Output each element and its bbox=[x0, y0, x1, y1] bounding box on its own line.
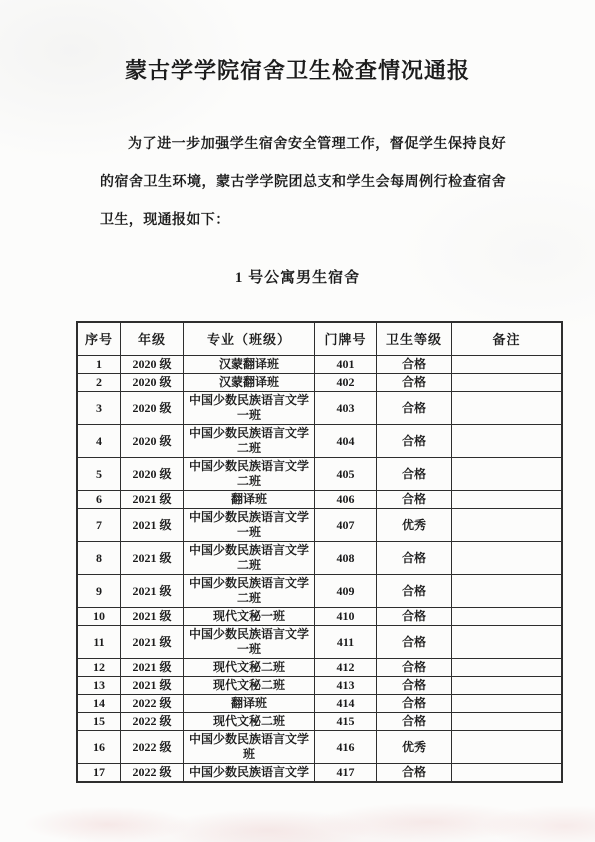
cell-hygiene-rating: 合格 bbox=[377, 491, 452, 509]
cell-grade: 2022 级 bbox=[121, 731, 184, 764]
cell-major-class: 中国少数民族语言文学二班 bbox=[184, 575, 315, 608]
cell-major-class: 中国少数民族语言文学一班 bbox=[184, 626, 315, 659]
cell-grade: 2022 级 bbox=[121, 713, 184, 731]
cell-grade: 2021 级 bbox=[121, 626, 184, 659]
document-title: 蒙古学学院宿舍卫生检查情况通报 bbox=[0, 0, 595, 86]
cell-room-number: 405 bbox=[315, 458, 377, 491]
cell-room-number: 401 bbox=[315, 356, 377, 374]
table-row: 72021 级中国少数民族语言文学一班407优秀 bbox=[77, 509, 562, 542]
cell-hygiene-rating: 合格 bbox=[377, 626, 452, 659]
cell-remarks bbox=[452, 542, 563, 575]
table-header-row: 序号年级专业（班级）门牌号卫生等级备注 bbox=[77, 322, 562, 356]
cell-remarks bbox=[452, 458, 563, 491]
cell-hygiene-rating: 合格 bbox=[377, 425, 452, 458]
table-header-cell-remarks: 备注 bbox=[452, 322, 563, 356]
cell-serial: 8 bbox=[77, 542, 121, 575]
cell-grade: 2021 级 bbox=[121, 542, 184, 575]
cell-serial: 3 bbox=[77, 392, 121, 425]
table-row: 32020 级中国少数民族语言文学一班403合格 bbox=[77, 392, 562, 425]
cell-major-class: 现代文秘一班 bbox=[184, 608, 315, 626]
cell-serial: 2 bbox=[77, 374, 121, 392]
cell-room-number: 410 bbox=[315, 608, 377, 626]
table-row: 92021 级中国少数民族语言文学二班409合格 bbox=[77, 575, 562, 608]
cell-room-number: 412 bbox=[315, 659, 377, 677]
cell-grade: 2020 级 bbox=[121, 392, 184, 425]
cell-remarks bbox=[452, 425, 563, 458]
cell-major-class: 翻译班 bbox=[184, 695, 315, 713]
cell-serial: 4 bbox=[77, 425, 121, 458]
cell-room-number: 409 bbox=[315, 575, 377, 608]
cell-remarks bbox=[452, 695, 563, 713]
cell-room-number: 404 bbox=[315, 425, 377, 458]
cell-hygiene-rating: 合格 bbox=[377, 374, 452, 392]
cell-hygiene-rating: 合格 bbox=[377, 575, 452, 608]
intro-paragraph: 为了进一步加强学生宿舍安全管理工作，督促学生保持良好的宿舍卫生环境，蒙古学学院团… bbox=[100, 126, 506, 240]
cell-grade: 2021 级 bbox=[121, 608, 184, 626]
cell-serial: 7 bbox=[77, 509, 121, 542]
cell-major-class: 现代文秘二班 bbox=[184, 659, 315, 677]
table-header-cell-grade: 年级 bbox=[121, 322, 184, 356]
cell-serial: 16 bbox=[77, 731, 121, 764]
table-header-cell-serial: 序号 bbox=[77, 322, 121, 356]
cell-major-class: 汉蒙翻译班 bbox=[184, 374, 315, 392]
cell-serial: 17 bbox=[77, 764, 121, 783]
cell-remarks bbox=[452, 764, 563, 783]
cell-hygiene-rating: 合格 bbox=[377, 764, 452, 783]
cell-room-number: 417 bbox=[315, 764, 377, 783]
cell-grade: 2021 级 bbox=[121, 491, 184, 509]
table-row: 22020 级汉蒙翻译班402合格 bbox=[77, 374, 562, 392]
document-page: 蒙古学学院宿舍卫生检查情况通报 为了进一步加强学生宿舍安全管理工作，督促学生保持… bbox=[0, 0, 595, 783]
cell-grade: 2020 级 bbox=[121, 458, 184, 491]
cell-grade: 2020 级 bbox=[121, 356, 184, 374]
cell-major-class: 翻译班 bbox=[184, 491, 315, 509]
cell-serial: 15 bbox=[77, 713, 121, 731]
cell-major-class: 中国少数民族语言文学二班 bbox=[184, 458, 315, 491]
table-row: 122021 级现代文秘二班412合格 bbox=[77, 659, 562, 677]
cell-hygiene-rating: 合格 bbox=[377, 458, 452, 491]
cell-remarks bbox=[452, 356, 563, 374]
cell-major-class: 现代文秘二班 bbox=[184, 677, 315, 695]
cell-hygiene-rating: 合格 bbox=[377, 713, 452, 731]
cell-remarks bbox=[452, 509, 563, 542]
cell-grade: 2022 级 bbox=[121, 764, 184, 783]
table-row: 82021 级中国少数民族语言文学二班408合格 bbox=[77, 542, 562, 575]
cell-grade: 2022 级 bbox=[121, 695, 184, 713]
table-row: 152022 级现代文秘二班415合格 bbox=[77, 713, 562, 731]
cell-hygiene-rating: 合格 bbox=[377, 542, 452, 575]
cell-grade: 2020 级 bbox=[121, 425, 184, 458]
cell-serial: 10 bbox=[77, 608, 121, 626]
cell-serial: 1 bbox=[77, 356, 121, 374]
table-header-cell-room-number: 门牌号 bbox=[315, 322, 377, 356]
cell-hygiene-rating: 合格 bbox=[377, 608, 452, 626]
table-row: 172022 级中国少数民族语言文学417合格 bbox=[77, 764, 562, 783]
cell-major-class: 汉蒙翻译班 bbox=[184, 356, 315, 374]
table-row: 12020 级汉蒙翻译班401合格 bbox=[77, 356, 562, 374]
cell-hygiene-rating: 优秀 bbox=[377, 509, 452, 542]
cell-serial: 6 bbox=[77, 491, 121, 509]
cell-remarks bbox=[452, 731, 563, 764]
table-body: 12020 级汉蒙翻译班401合格22020 级汉蒙翻译班402合格32020 … bbox=[77, 356, 562, 783]
cell-remarks bbox=[452, 374, 563, 392]
table-head: 序号年级专业（班级）门牌号卫生等级备注 bbox=[77, 322, 562, 356]
cell-room-number: 402 bbox=[315, 374, 377, 392]
cell-remarks bbox=[452, 659, 563, 677]
table-row: 132021 级现代文秘二班413合格 bbox=[77, 677, 562, 695]
cell-remarks bbox=[452, 575, 563, 608]
section-title: 1 号公寓男生宿舍 bbox=[0, 266, 595, 287]
cell-grade: 2020 级 bbox=[121, 374, 184, 392]
cell-room-number: 408 bbox=[315, 542, 377, 575]
cell-serial: 9 bbox=[77, 575, 121, 608]
cell-serial: 11 bbox=[77, 626, 121, 659]
cell-remarks bbox=[452, 713, 563, 731]
table-row: 142022 级翻译班414合格 bbox=[77, 695, 562, 713]
cell-hygiene-rating: 合格 bbox=[377, 659, 452, 677]
table-row: 42020 级中国少数民族语言文学二班404合格 bbox=[77, 425, 562, 458]
cell-remarks bbox=[452, 677, 563, 695]
cell-room-number: 414 bbox=[315, 695, 377, 713]
cell-grade: 2021 级 bbox=[121, 509, 184, 542]
cell-room-number: 413 bbox=[315, 677, 377, 695]
cell-grade: 2021 级 bbox=[121, 575, 184, 608]
table-row: 62021 级翻译班406合格 bbox=[77, 491, 562, 509]
cell-remarks bbox=[452, 608, 563, 626]
cell-grade: 2021 级 bbox=[121, 659, 184, 677]
cell-room-number: 407 bbox=[315, 509, 377, 542]
cell-remarks bbox=[452, 392, 563, 425]
cell-major-class: 中国少数民族语言文学一班 bbox=[184, 392, 315, 425]
table-header-cell-major-class: 专业（班级） bbox=[184, 322, 315, 356]
hygiene-inspection-table: 序号年级专业（班级）门牌号卫生等级备注 12020 级汉蒙翻译班401合格220… bbox=[76, 321, 563, 783]
cell-remarks bbox=[452, 626, 563, 659]
table-row: 102021 级现代文秘一班410合格 bbox=[77, 608, 562, 626]
table-row: 162022 级中国少数民族语言文学班416优秀 bbox=[77, 731, 562, 764]
cell-grade: 2021 级 bbox=[121, 677, 184, 695]
cell-hygiene-rating: 合格 bbox=[377, 392, 452, 425]
cell-room-number: 403 bbox=[315, 392, 377, 425]
cell-room-number: 406 bbox=[315, 491, 377, 509]
cell-major-class: 现代文秘二班 bbox=[184, 713, 315, 731]
table-row: 52020 级中国少数民族语言文学二班405合格 bbox=[77, 458, 562, 491]
cell-hygiene-rating: 优秀 bbox=[377, 731, 452, 764]
cell-serial: 14 bbox=[77, 695, 121, 713]
cell-serial: 5 bbox=[77, 458, 121, 491]
cell-room-number: 416 bbox=[315, 731, 377, 764]
cell-hygiene-rating: 合格 bbox=[377, 695, 452, 713]
cell-hygiene-rating: 合格 bbox=[377, 677, 452, 695]
cell-hygiene-rating: 合格 bbox=[377, 356, 452, 374]
cell-remarks bbox=[452, 491, 563, 509]
cell-serial: 12 bbox=[77, 659, 121, 677]
cell-serial: 13 bbox=[77, 677, 121, 695]
table-header-cell-hygiene-rating: 卫生等级 bbox=[377, 322, 452, 356]
cell-major-class: 中国少数民族语言文学二班 bbox=[184, 542, 315, 575]
cell-major-class: 中国少数民族语言文学班 bbox=[184, 731, 315, 764]
cell-room-number: 411 bbox=[315, 626, 377, 659]
cell-room-number: 415 bbox=[315, 713, 377, 731]
cell-major-class: 中国少数民族语言文学 bbox=[184, 764, 315, 783]
cell-major-class: 中国少数民族语言文学二班 bbox=[184, 425, 315, 458]
cell-major-class: 中国少数民族语言文学一班 bbox=[184, 509, 315, 542]
table-row: 112021 级中国少数民族语言文学一班411合格 bbox=[77, 626, 562, 659]
